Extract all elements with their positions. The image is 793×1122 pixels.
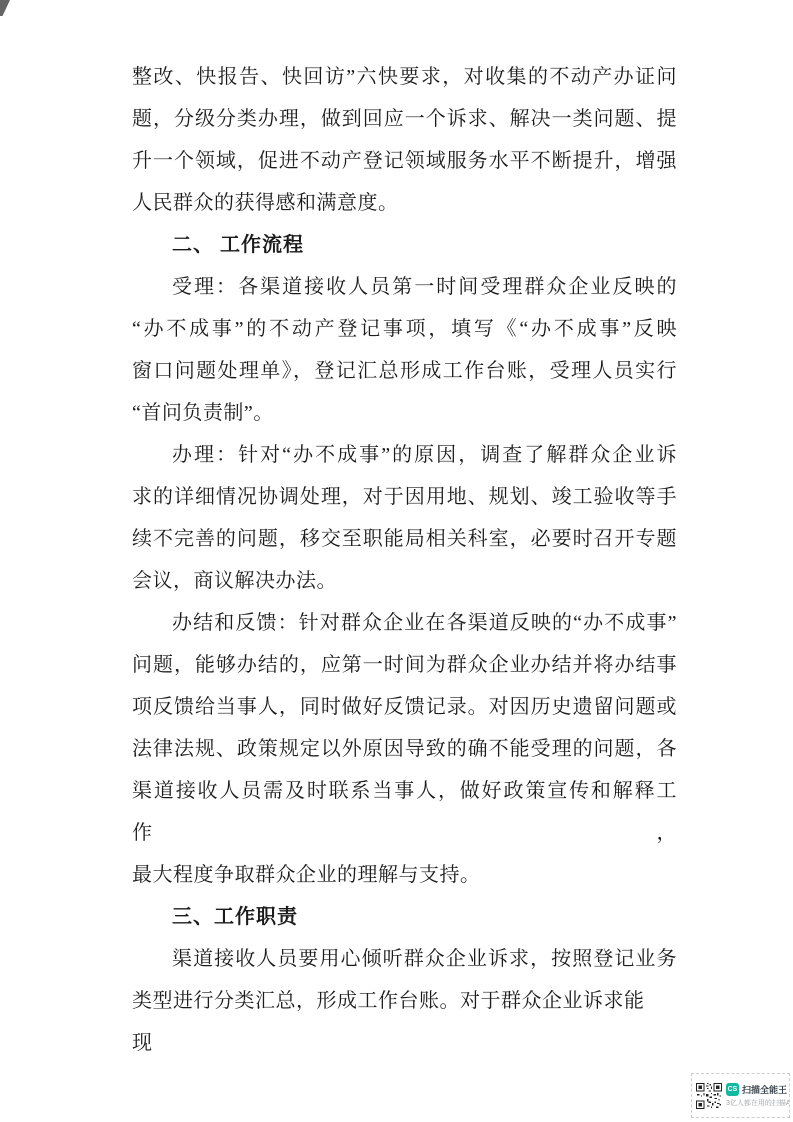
text-line: “首问负责制”。 xyxy=(132,392,677,434)
text-line: “办不成事”的不动产登记事项，填写《“办不成事”反映 xyxy=(132,308,677,350)
text-line: 渠道接收人员要用心倾听群众企业诉求，按照登记业务 xyxy=(132,938,677,980)
text-line: 法律法规、政策规定以外原因导致的确不能受理的问题，各 xyxy=(132,728,677,770)
section-heading: 三、工作职责 xyxy=(132,896,677,938)
text-line: 会议，商议解决办法。 xyxy=(132,560,677,602)
camscanner-logo-icon: CS xyxy=(726,1083,739,1096)
text-line: 升一个领域，促进不动产登记领域服务水平不断提升，增强 xyxy=(132,140,677,182)
text-line: 人民群众的获得感和满意度。 xyxy=(132,182,677,224)
qr-code-icon xyxy=(696,1083,722,1109)
scan-corner-artifact xyxy=(0,0,10,16)
document-body: 整改、快报告、快回访”六快要求，对收集的不动产办证问题，分级分类办理，做到回应一… xyxy=(132,56,677,1064)
text-line: 最大程度争取群众企业的理解与支持。 xyxy=(132,854,677,896)
scanned-document-page: 整改、快报告、快回访”六快要求，对收集的不动产办证问题，分级分类办理，做到回应一… xyxy=(0,0,793,1122)
section-heading: 二、 工作流程 xyxy=(132,224,677,266)
text-line: 受理：各渠道接收人员第一时间受理群众企业反映的 xyxy=(132,266,677,308)
text-line: 类型进行分类汇总，形成工作台账。对于群众企业诉求能 现 xyxy=(132,980,677,1064)
text-line: 题，分级分类办理，做到回应一个诉求、解决一类问题、提 xyxy=(132,98,677,140)
text-line: 办理：针对“办不成事”的原因，调查了解群众企业诉 xyxy=(132,434,677,476)
text-line: 求的详细情况协调处理，对于因用地、规划、竣工验收等手 xyxy=(132,476,677,518)
text-line: 窗口问题处理单》，登记汇总形成工作台账，受理人员实行 xyxy=(132,350,677,392)
text-line: 整改、快报告、快回访”六快要求，对收集的不动产办证问 xyxy=(132,56,677,98)
camscanner-watermark: CS 扫描全能王 3亿人都在用的扫描App xyxy=(691,1073,790,1118)
text-line: 问题，能够办结的，应第一时间为群众企业办结并将办结事 xyxy=(132,644,677,686)
text-line: 续不完善的问题，移交至职能局相关科室，必要时召开专题 xyxy=(132,518,677,560)
text-line: 办结和反馈：针对群众企业在各渠道反映的“办不成事” xyxy=(132,602,677,644)
camscanner-tagline: 3亿人都在用的扫描App xyxy=(726,1098,785,1108)
text-line: 项反馈给当事人，同时做好反馈记录。对因历史遗留问题或 xyxy=(132,686,677,728)
camscanner-app-name: 扫描全能王 xyxy=(742,1083,787,1096)
text-line: 渠道接收人员需及时联系当事人，做好政策宣传和解释工作， xyxy=(132,770,677,854)
